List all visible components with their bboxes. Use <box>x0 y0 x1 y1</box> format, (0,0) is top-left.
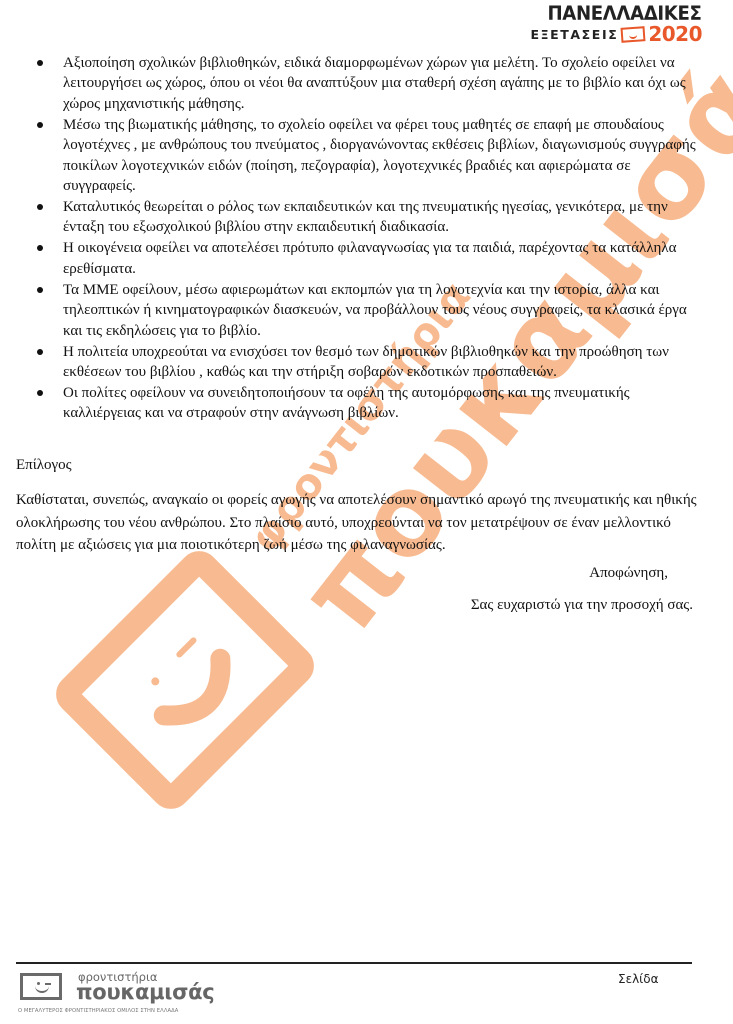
bullet-dot-icon <box>37 60 43 66</box>
logo-title: ΠΑΝΕΛΛΑΔΙΚΕΣ <box>542 4 702 24</box>
footer-logo-big: πουκαμισάς <box>76 980 214 1004</box>
bullet-dot-icon <box>37 122 43 128</box>
bullet-item: Η οικογένεια οφείλει να αποτελέσει πρότυ… <box>37 238 707 279</box>
smiley-box-icon <box>20 973 62 1000</box>
footer-logo: φροντιστήρια πουκαμισάς Ο ΜΕΓΑΛΥΤΕΡΟΣ ΦΡ… <box>18 970 218 1020</box>
bullet-dot-icon <box>37 245 43 251</box>
epilogue-heading: Επίλογος <box>16 457 72 474</box>
bullet-item: Οι πολίτες οφείλουν να συνειδητοποιήσουν… <box>37 383 707 424</box>
footer-divider <box>16 962 692 964</box>
smiley-box-icon <box>621 26 646 43</box>
thanks-line: Σας ευχαριστώ για την προσοχή σας. <box>471 597 693 614</box>
epilogue-paragraph: Καθίσταται, συνεπώς, αναγκαίο οι φορείς … <box>16 489 706 557</box>
bullet-dot-icon <box>37 390 43 396</box>
bullet-dot-icon <box>37 349 43 355</box>
logo-year: 2020 <box>648 24 702 44</box>
bullet-dot-icon <box>37 287 43 293</box>
page-label: Σελίδα <box>618 972 658 986</box>
bullet-dot-icon <box>37 204 43 210</box>
bullet-item: Τα ΜΜΕ οφείλουν, μέσω αφιερωμάτων και εκ… <box>37 280 707 341</box>
bullet-item: Μέσω της βιωματικής μάθησης, το σχολείο … <box>37 115 707 197</box>
bullet-item: Η πολιτεία υποχρεούται να ενισχύσει τον … <box>37 342 707 383</box>
closing-salutation: Αποφώνηση, <box>589 565 668 582</box>
logo-subtitle: ΕΞΕΤΑΣΕΙΣ <box>530 27 618 42</box>
bullet-list: Αξιοποίηση σχολικών βιβλιοθηκών, ειδικά … <box>37 53 707 424</box>
footer-logo-tagline: Ο ΜΕΓΑΛΥΤΕΡΟΣ ΦΡΟΝΤΙΣΤΗΡΙΑΚΟΣ ΟΜΙΛΟΣ ΣΤΗ… <box>18 1008 178 1014</box>
exams-2020-logo: ΠΑΝΕΛΛΑΔΙΚΕΣ ΕΞΕΤΑΣΕΙΣ 2020 <box>530 4 702 44</box>
bullet-item: Καταλυτικός θεωρείται ο ρόλος των εκπαιδ… <box>37 197 707 238</box>
bullet-item: Αξιοποίηση σχολικών βιβλιοθηκών, ειδικά … <box>37 53 707 114</box>
watermark-smiley-box-icon <box>65 560 305 800</box>
